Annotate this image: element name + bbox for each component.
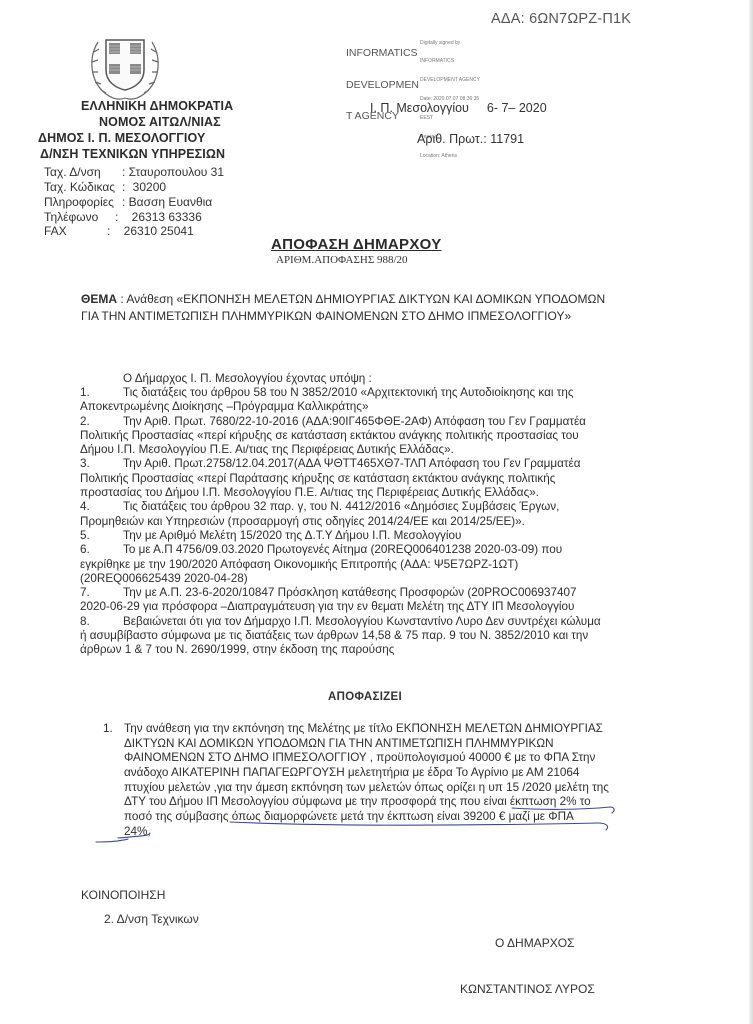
info-phone: Τηλέφωνο: 26313 63336 — [44, 210, 202, 224]
consideration-line: (20REQ006625439 2020-04-28) — [80, 572, 730, 586]
decision-text: Την ανάθεση για την εκπόνηση της Μελέτης… — [124, 722, 609, 840]
place: Ι. Π. Μεσολογγίου — [370, 101, 469, 115]
consideration-line: ή ασυμβίβαστο σύμφωνα με τις διατάξεις τ… — [80, 629, 730, 643]
header-line: ΕΛΛΗΝΙΚΗ ΔΗΜΟΚΡΑΤΙΑ — [81, 99, 233, 113]
consideration-line: 2020-06-29 για πρόσφορα –Διαπραγμάτευση … — [80, 600, 730, 614]
decision-line: ΔΤΥ του Δήμου ΙΠ Μεσολογγίου σύμφωνα με … — [124, 795, 609, 810]
sig-detail: EEST — [420, 115, 480, 121]
consideration-line: άρθρων 1 & 7 του Ν. 2690/1999, στην έκδο… — [80, 643, 730, 657]
signer-name: INFORMATICS DEVELOPMEN T AGENCY — [346, 27, 419, 132]
header-line: ΝΟΜΟΣ ΑΙΤΩΛ/ΝΙΑΣ — [99, 115, 221, 129]
consideration-line: προστασίας του Δήμου Ι.Π. Μεσολογγίου Π.… — [80, 486, 730, 500]
decision-line: Την ανάθεση για την εκπόνηση της Μελέτης… — [124, 722, 609, 737]
consideration-line: εγκρίθηκε με την 190/2020 Απόφαση Οικονο… — [80, 558, 730, 572]
consideration-line: 5.Την με Αριθμό Μελέτη 15/2020 της Δ.Τ.Υ… — [80, 529, 730, 543]
consideration-number: 3. — [80, 457, 123, 471]
signer-line: DEVELOPMEN — [346, 80, 419, 91]
consideration-line: 1.Τις διατάξεις του άρθρου 58 του Ν 3852… — [80, 386, 730, 400]
decision-line: ΔΙΚΤΥΩΝ ΚΑΙ ΔΟΜΙΚΩΝ ΥΠΟΔΟΜΩΝ ΓΙΑ ΤΗΝ ΑΝΤ… — [124, 737, 609, 752]
info-fax: FAX: 26310 25041 — [44, 224, 194, 238]
subject-label: ΘΕΜΑ — [81, 292, 117, 306]
subject: ΘΕΜΑ : Ανάθεση «ΕΚΠΟΝΗΣΗ ΜΕΛΕΤΩΝ ΔΗΜΙΟΥΡ… — [81, 291, 721, 325]
consideration-number: 7. — [80, 586, 123, 600]
notification-item: 2. Δ/νση Τεχνικων — [104, 912, 199, 926]
header-line: Δ/ΝΣΗ ΤΕΧΝΙΚΩΝ ΥΠΗΡΕΣΙΩΝ — [40, 147, 225, 161]
consideration-line: Αποκεντρωμένης Διοίκησης –Πρόγραμμα Καλλ… — [80, 400, 730, 414]
place-date: Ι. Π. Μεσολογγίου6- 7– 2020 — [370, 101, 547, 115]
consideration-line: 3.Την Αριθ. Πρωτ.2758/12.04.2017(ΑΔΑ ΨΘΤ… — [80, 457, 730, 471]
consideration-line: 7.Την με Α.Π. 23-6-2020/10847 Πρόσκληση … — [80, 586, 730, 600]
ada-code: ΑΔΑ: 6ΩΝ7ΩΡΖ-Π1Κ — [491, 11, 631, 27]
decision-line: ανάδοχο ΑΙΚΑΤΕΡΙΝΗ ΠΑΠΑΓΕΩΡΓΟΥΣΗ μελετητ… — [124, 766, 609, 781]
consideration-line: 2.Την Αριθ. Πρωτ. 7680/22-10-2016 (ΑΔΑ:9… — [80, 415, 730, 429]
info-contact: Πληροφορίες: Βασση Ευανθια — [44, 195, 212, 209]
consideration-number: 5. — [80, 529, 123, 543]
consideration-line: Προμηθειών και Υπηρεσιών (προσαρμογή στι… — [80, 515, 730, 529]
consideration-line: 4.Τις διατάξεις του άρθρου 32 παρ. γ, το… — [80, 500, 730, 514]
consideration-line: Πολιτικής Προστασίας «περί Παράτασης κήρ… — [80, 472, 730, 486]
sig-detail: Digitally signed by — [420, 40, 480, 46]
decision-number: ΑΡΙΘΜ.ΑΠΟΦΑΣΗΣ 988/20 — [276, 254, 408, 266]
consideration-number: 1. — [80, 386, 123, 400]
date: 6- 7– 2020 — [487, 101, 547, 115]
considerations-list: 1.Τις διατάξεις του άρθρου 58 του Ν 3852… — [80, 386, 730, 658]
decides-heading: ΑΠΟΦΑΣΙΖΕΙ — [328, 691, 402, 703]
decision-line: ΦΑΙΝΟΜΕΝΩΝ ΣΤΟ ΔΗΜΟ ΙΠΜΕΣΟΛΟΓΓΙΟΥ , προϋ… — [124, 751, 609, 766]
protocol-label: Αριθ. Πρωτ.: — [417, 132, 487, 146]
notification-title: ΚΟΙΝΟΠΟΙΗΣΗ — [81, 888, 165, 902]
sig-detail: Location: Athens — [420, 153, 480, 159]
decision-line: 24%, — [124, 825, 609, 840]
consideration-number: 6. — [80, 543, 123, 557]
considerations-intro: Ο Δήμαρχος Ι. Π. Μεσολογγίου έχοντας υπό… — [123, 372, 372, 386]
protocol: Αριθ. Πρωτ.: 11791 — [417, 132, 524, 146]
signer-line: INFORMATICS — [346, 48, 419, 59]
consideration-line: Δήμου Ι.Π. Μεσολογγίου Π.Ε. Αι/τιας της … — [80, 443, 730, 457]
decision-line: ποσό της σύμβασης όπως διαμορφώνετε μετά… — [124, 810, 609, 825]
sig-detail: INFORMATICS — [420, 58, 480, 64]
document-title: ΑΠΟΦΑΣΗ ΔΗΜΑΡΧΟΥ — [271, 236, 442, 253]
decision-line: πτυχίου μελετών ,για την άμεση εκπόνηση … — [124, 781, 609, 796]
consideration-line: 8.Βεβαιώνεται ότι για τον Δήμαρχο Ι.Π. Μ… — [80, 615, 730, 629]
scan-edge — [749, 0, 753, 1024]
header-line: ΔΗΜΟΣ Ι. Π. ΜΕΣΟΛΟΓΓΙΟΥ — [38, 131, 205, 145]
consideration-line: 6.Το με Α.Π 4756/09.03.2020 Πρωτογενές Α… — [80, 543, 730, 557]
mayor-name: ΚΩΝΣΤΑΝΤΙΝΟΣ ΛΥΡΟΣ — [460, 982, 595, 996]
consideration-number: 4. — [80, 500, 123, 514]
protocol-number: 11791 — [490, 132, 524, 146]
greek-coat-of-arms-icon — [84, 30, 166, 104]
sig-detail: DEVELOPMENT AGENCY — [420, 77, 480, 83]
info-address: Ταχ. Δ/νση: Σταυροπουλου 31 — [44, 165, 224, 179]
info-postcode: Ταχ. Κώδικας: 30200 — [44, 180, 166, 194]
consideration-line: Πολιτικής Προστασίας «περί κήρυξης σε κα… — [80, 429, 730, 443]
mayor-title: Ο ΔΗΜΑΡΧΟΣ — [495, 936, 574, 950]
consideration-number: 2. — [80, 415, 123, 429]
consideration-number: 8. — [80, 615, 123, 629]
